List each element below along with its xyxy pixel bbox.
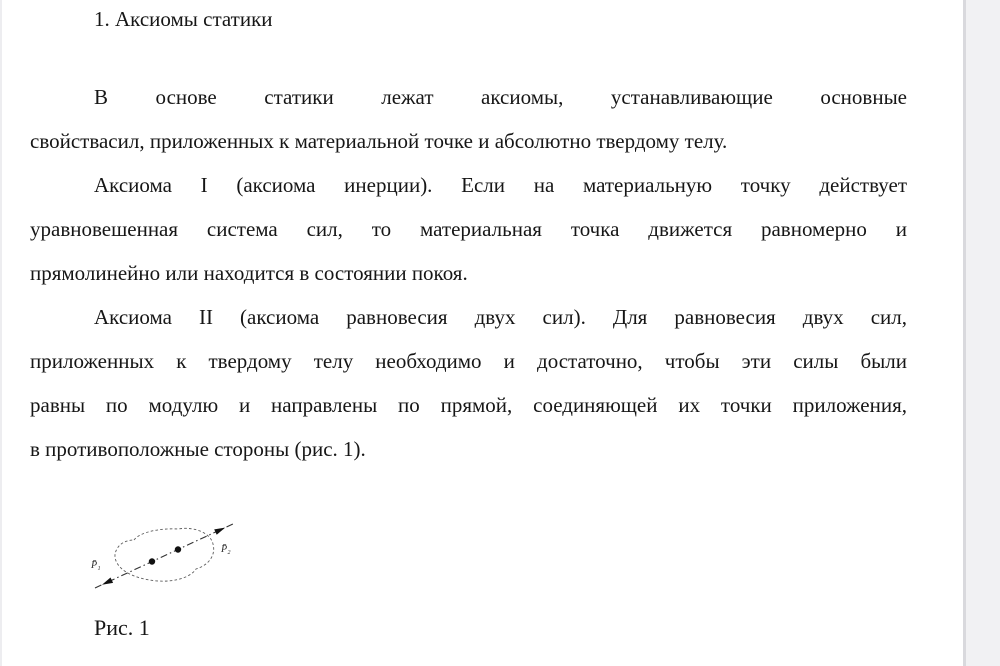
text-line: свойствасил, приложенных к материальной … — [30, 119, 907, 163]
text-line: равны по модулю и направлены по прямой, … — [30, 383, 907, 427]
text-line: приложенных к твердому телу необходимо и… — [30, 339, 907, 383]
document-page: 1. Аксиомы статики В основе статики лежа… — [0, 0, 966, 666]
text-line: прямолинейно или находится в состоянии п… — [30, 251, 907, 295]
text-line: Аксиома II (аксиома равновесия двух сил)… — [30, 295, 907, 339]
application-point-dot — [175, 546, 181, 552]
rigid-body-outline — [115, 528, 214, 581]
paragraph: В основе статики лежат аксиомы, устанавл… — [30, 75, 907, 163]
text-line: Аксиома I (аксиома инерции). Если на мат… — [30, 163, 907, 207]
paragraph: Аксиома I (аксиома инерции). Если на мат… — [30, 163, 907, 295]
figure-caption: Рис. 1 — [94, 615, 150, 641]
section-heading: 1. Аксиомы статики — [94, 7, 273, 32]
force-label-f1: P̄₁ — [90, 559, 101, 571]
force-label-f2: P̄₂ — [220, 543, 231, 555]
figure-drawing: P̄₁ P̄₂ — [82, 510, 292, 610]
paragraph: Аксиома II (аксиома равновесия двух сил)… — [30, 295, 907, 471]
text-line: В основе статики лежат аксиомы, устанавл… — [30, 75, 907, 119]
text-line: в противоположные стороны (рис. 1). — [30, 427, 907, 471]
line-of-action — [95, 523, 235, 588]
window-gutter — [966, 0, 1000, 666]
force-arrowhead-f1 — [102, 578, 113, 585]
application-point-dot — [149, 558, 155, 564]
force-arrowhead-f2 — [214, 528, 225, 535]
text-line: уравновешенная система сил, то материаль… — [30, 207, 907, 251]
figure-1: P̄₁ P̄₂ — [82, 510, 292, 610]
